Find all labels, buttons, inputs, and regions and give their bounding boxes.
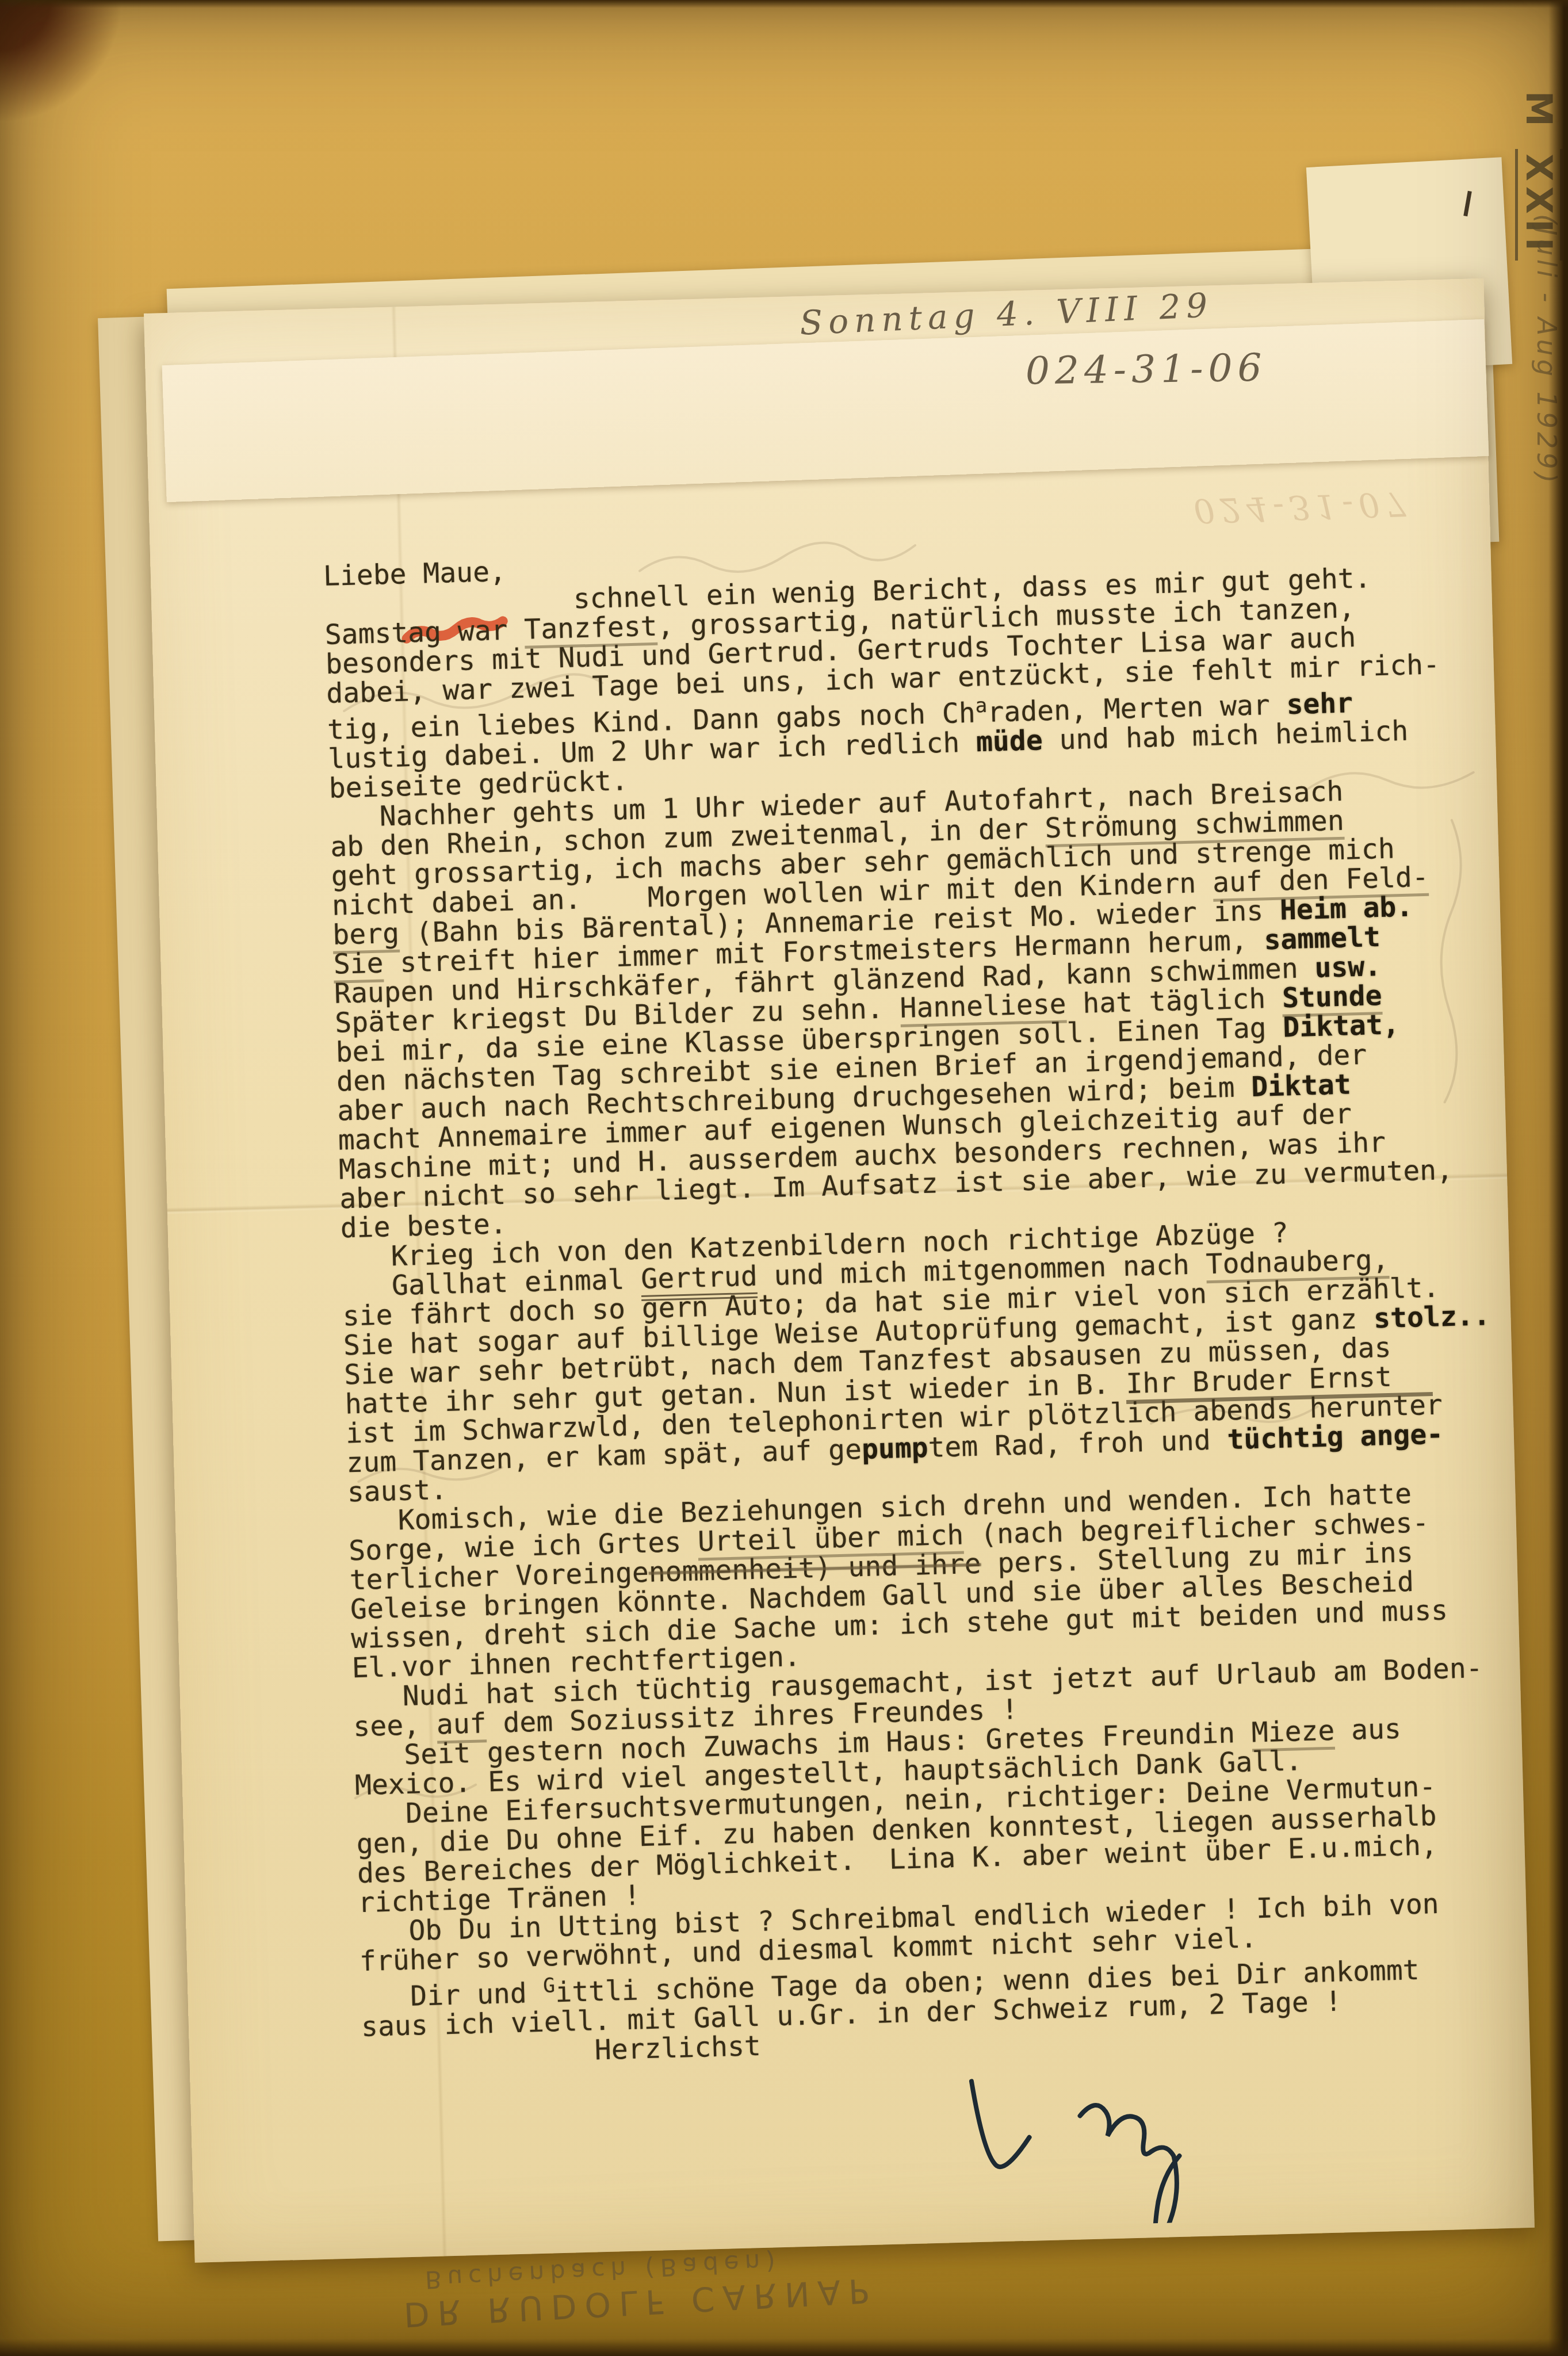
letter-sheet: Buchenbach, den 15.Aug.1929. Liebe Maue,… — [144, 278, 1535, 2263]
photo-edge-right — [1548, 0, 1568, 2356]
letter-body: Liebe Maue, schnell ein wenig Bericht, d… — [323, 532, 1509, 2071]
signature-ink — [955, 2044, 1213, 2228]
photo-corner-shadow — [0, 0, 132, 121]
slip-number-ghost: 024-31-07 — [1193, 484, 1412, 530]
slip-number: 024-31-06 — [1025, 346, 1267, 393]
archive-photo: M XXII (Juli - Aug 1929) Buchenbach, den… — [0, 0, 1568, 2356]
photo-edge-bottom — [0, 2339, 1568, 2356]
stamp-ghost: DR RUDOLF CARNAP Buchenbach (Baden) — [401, 2240, 922, 2334]
photo-edge-top — [0, 0, 1568, 8]
